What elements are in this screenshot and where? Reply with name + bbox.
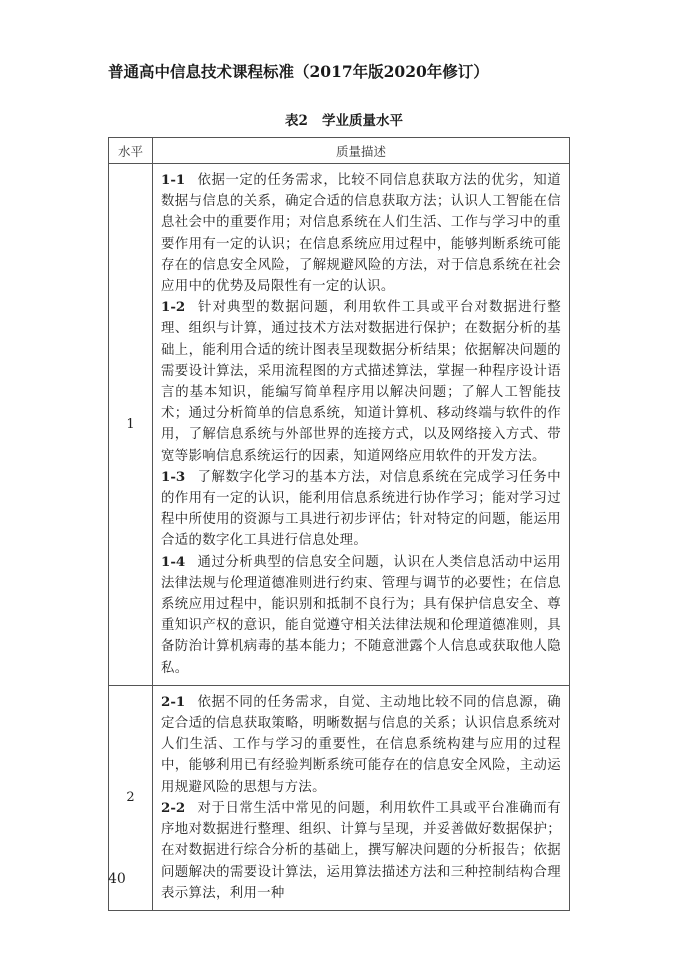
header-description: 质量描述	[153, 138, 570, 164]
table-caption-title: 学业质量水平	[322, 113, 403, 129]
item-text: 针对典型的数据问题，利用软件工具或平台对数据进行整理、组织与计算，通过技术方法对…	[161, 300, 561, 463]
table-caption: 表2学业质量水平	[0, 109, 688, 129]
item-code: 1-1	[161, 172, 185, 188]
item-text: 对于日常生活中常见的问题，利用软件工具或平台准确而有序地对数据进行整理、组织、计…	[161, 801, 561, 901]
description-cell: 2-1依据不同的任务需求，自觉、主动地比较不同的信息源，确定合适的信息获取策略，…	[153, 685, 570, 910]
quality-item-1-1: 1-1依据一定的任务需求，比较不同信息获取方法的优劣，知道数据与信息的关系，确定…	[161, 170, 561, 297]
item-text: 依据不同的任务需求，自觉、主动地比较不同的信息源，确定合适的信息获取策略，明晰数…	[161, 695, 561, 795]
table-header-row: 水平 质量描述	[109, 138, 570, 164]
item-code: 2-1	[161, 694, 185, 710]
table-row-level-1: 1 1-1依据一定的任务需求，比较不同信息获取方法的优劣，知道数据与信息的关系，…	[109, 164, 570, 686]
item-text: 通过分析典型的信息安全问题，认识在人类信息活动中运用法律法规与伦理道德准则进行约…	[161, 555, 561, 676]
running-head: 普通高中信息技术课程标准（2017年版2020年修订）	[108, 60, 489, 82]
description-cell: 1-1依据一定的任务需求，比较不同信息获取方法的优劣，知道数据与信息的关系，确定…	[153, 164, 570, 686]
table-caption-number: 表2	[285, 113, 308, 129]
item-code: 2-2	[161, 800, 185, 816]
quality-item-1-4: 1-4通过分析典型的信息安全问题，认识在人类信息活动中运用法律法规与伦理道德准则…	[161, 552, 561, 679]
quality-level-table: 水平 质量描述 1 1-1依据一定的任务需求，比较不同信息获取方法的优劣，知道数…	[108, 137, 570, 911]
table-row-level-2: 2 2-1依据不同的任务需求，自觉、主动地比较不同的信息源，确定合适的信息获取策…	[109, 685, 570, 910]
quality-item-1-2: 1-2针对典型的数据问题，利用软件工具或平台对数据进行整理、组织与计算，通过技术…	[161, 297, 561, 467]
quality-item-1-3: 1-3了解数字化学习的基本方法，对信息系统在完成学习任务中的作用有一定的认识，能…	[161, 467, 561, 552]
item-text: 依据一定的任务需求，比较不同信息获取方法的优劣，知道数据与信息的关系，确定合适的…	[161, 173, 561, 294]
item-text: 了解数字化学习的基本方法，对信息系统在完成学习任务中的作用有一定的认识，能利用信…	[161, 470, 561, 549]
level-cell: 1	[109, 164, 153, 686]
item-code: 1-2	[161, 299, 185, 315]
header-level: 水平	[109, 138, 153, 164]
quality-item-2-1: 2-1依据不同的任务需求，自觉、主动地比较不同的信息源，确定合适的信息获取策略，…	[161, 692, 561, 798]
item-code: 1-4	[161, 554, 185, 570]
item-code: 1-3	[161, 469, 185, 485]
quality-item-2-2: 2-2对于日常生活中常见的问题，利用软件工具或平台准确而有序地对数据进行整理、组…	[161, 798, 561, 904]
page-number: 40	[108, 871, 126, 887]
